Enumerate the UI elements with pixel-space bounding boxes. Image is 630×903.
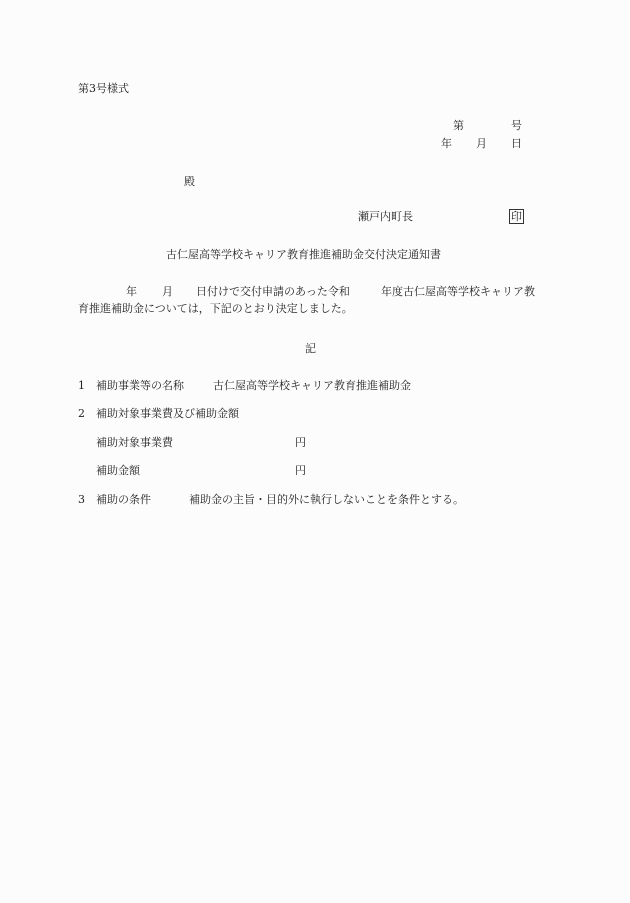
item-number: 3 — [78, 493, 85, 507]
body-line1: 日付けで交付申請のあった令和 — [196, 285, 350, 299]
date-day: 日 — [511, 137, 522, 151]
ki-heading: 記 — [305, 342, 316, 356]
date-year: 年 — [441, 137, 452, 151]
body-month: 月 — [162, 285, 173, 299]
sub-item-label: 補助対象事業費 — [96, 436, 173, 450]
body-line2: 育推進補助金については，下記のとおり決定しました。 — [78, 302, 353, 316]
item-label: 補助対象事業費及び補助金額 — [96, 407, 239, 421]
form-number: 第3号様式 — [78, 82, 129, 96]
sub-item-unit: 円 — [295, 436, 306, 450]
sub-item-label: 補助金額 — [96, 464, 140, 478]
doc-number-prefix: 第 — [453, 119, 464, 133]
seal-mark: 印 — [509, 209, 524, 224]
seal-icon: 印 — [509, 209, 524, 224]
item-value: 補助金の主旨・目的外に執行しないことを条件とする。 — [189, 493, 464, 507]
item-number: 2 — [78, 407, 85, 421]
sub-item-unit: 円 — [295, 464, 306, 478]
body-year: 年 — [126, 285, 137, 299]
addressee-suffix: 殿 — [184, 175, 195, 189]
date-month: 月 — [476, 137, 487, 151]
document-title: 古仁屋高等学校キャリア教育推進補助金交付決定通知書 — [166, 248, 441, 262]
body-line1-tail: 年度古仁屋高等学校キャリア教 — [381, 285, 535, 299]
item-value: 古仁屋高等学校キャリア教育推進補助金 — [213, 379, 411, 393]
issuer-name: 瀬戸内町長 — [358, 210, 413, 224]
doc-number-suffix: 号 — [511, 119, 522, 133]
item-label: 補助事業等の名称 — [96, 379, 184, 393]
item-label: 補助の条件 — [96, 493, 151, 507]
item-number: 1 — [78, 379, 85, 393]
